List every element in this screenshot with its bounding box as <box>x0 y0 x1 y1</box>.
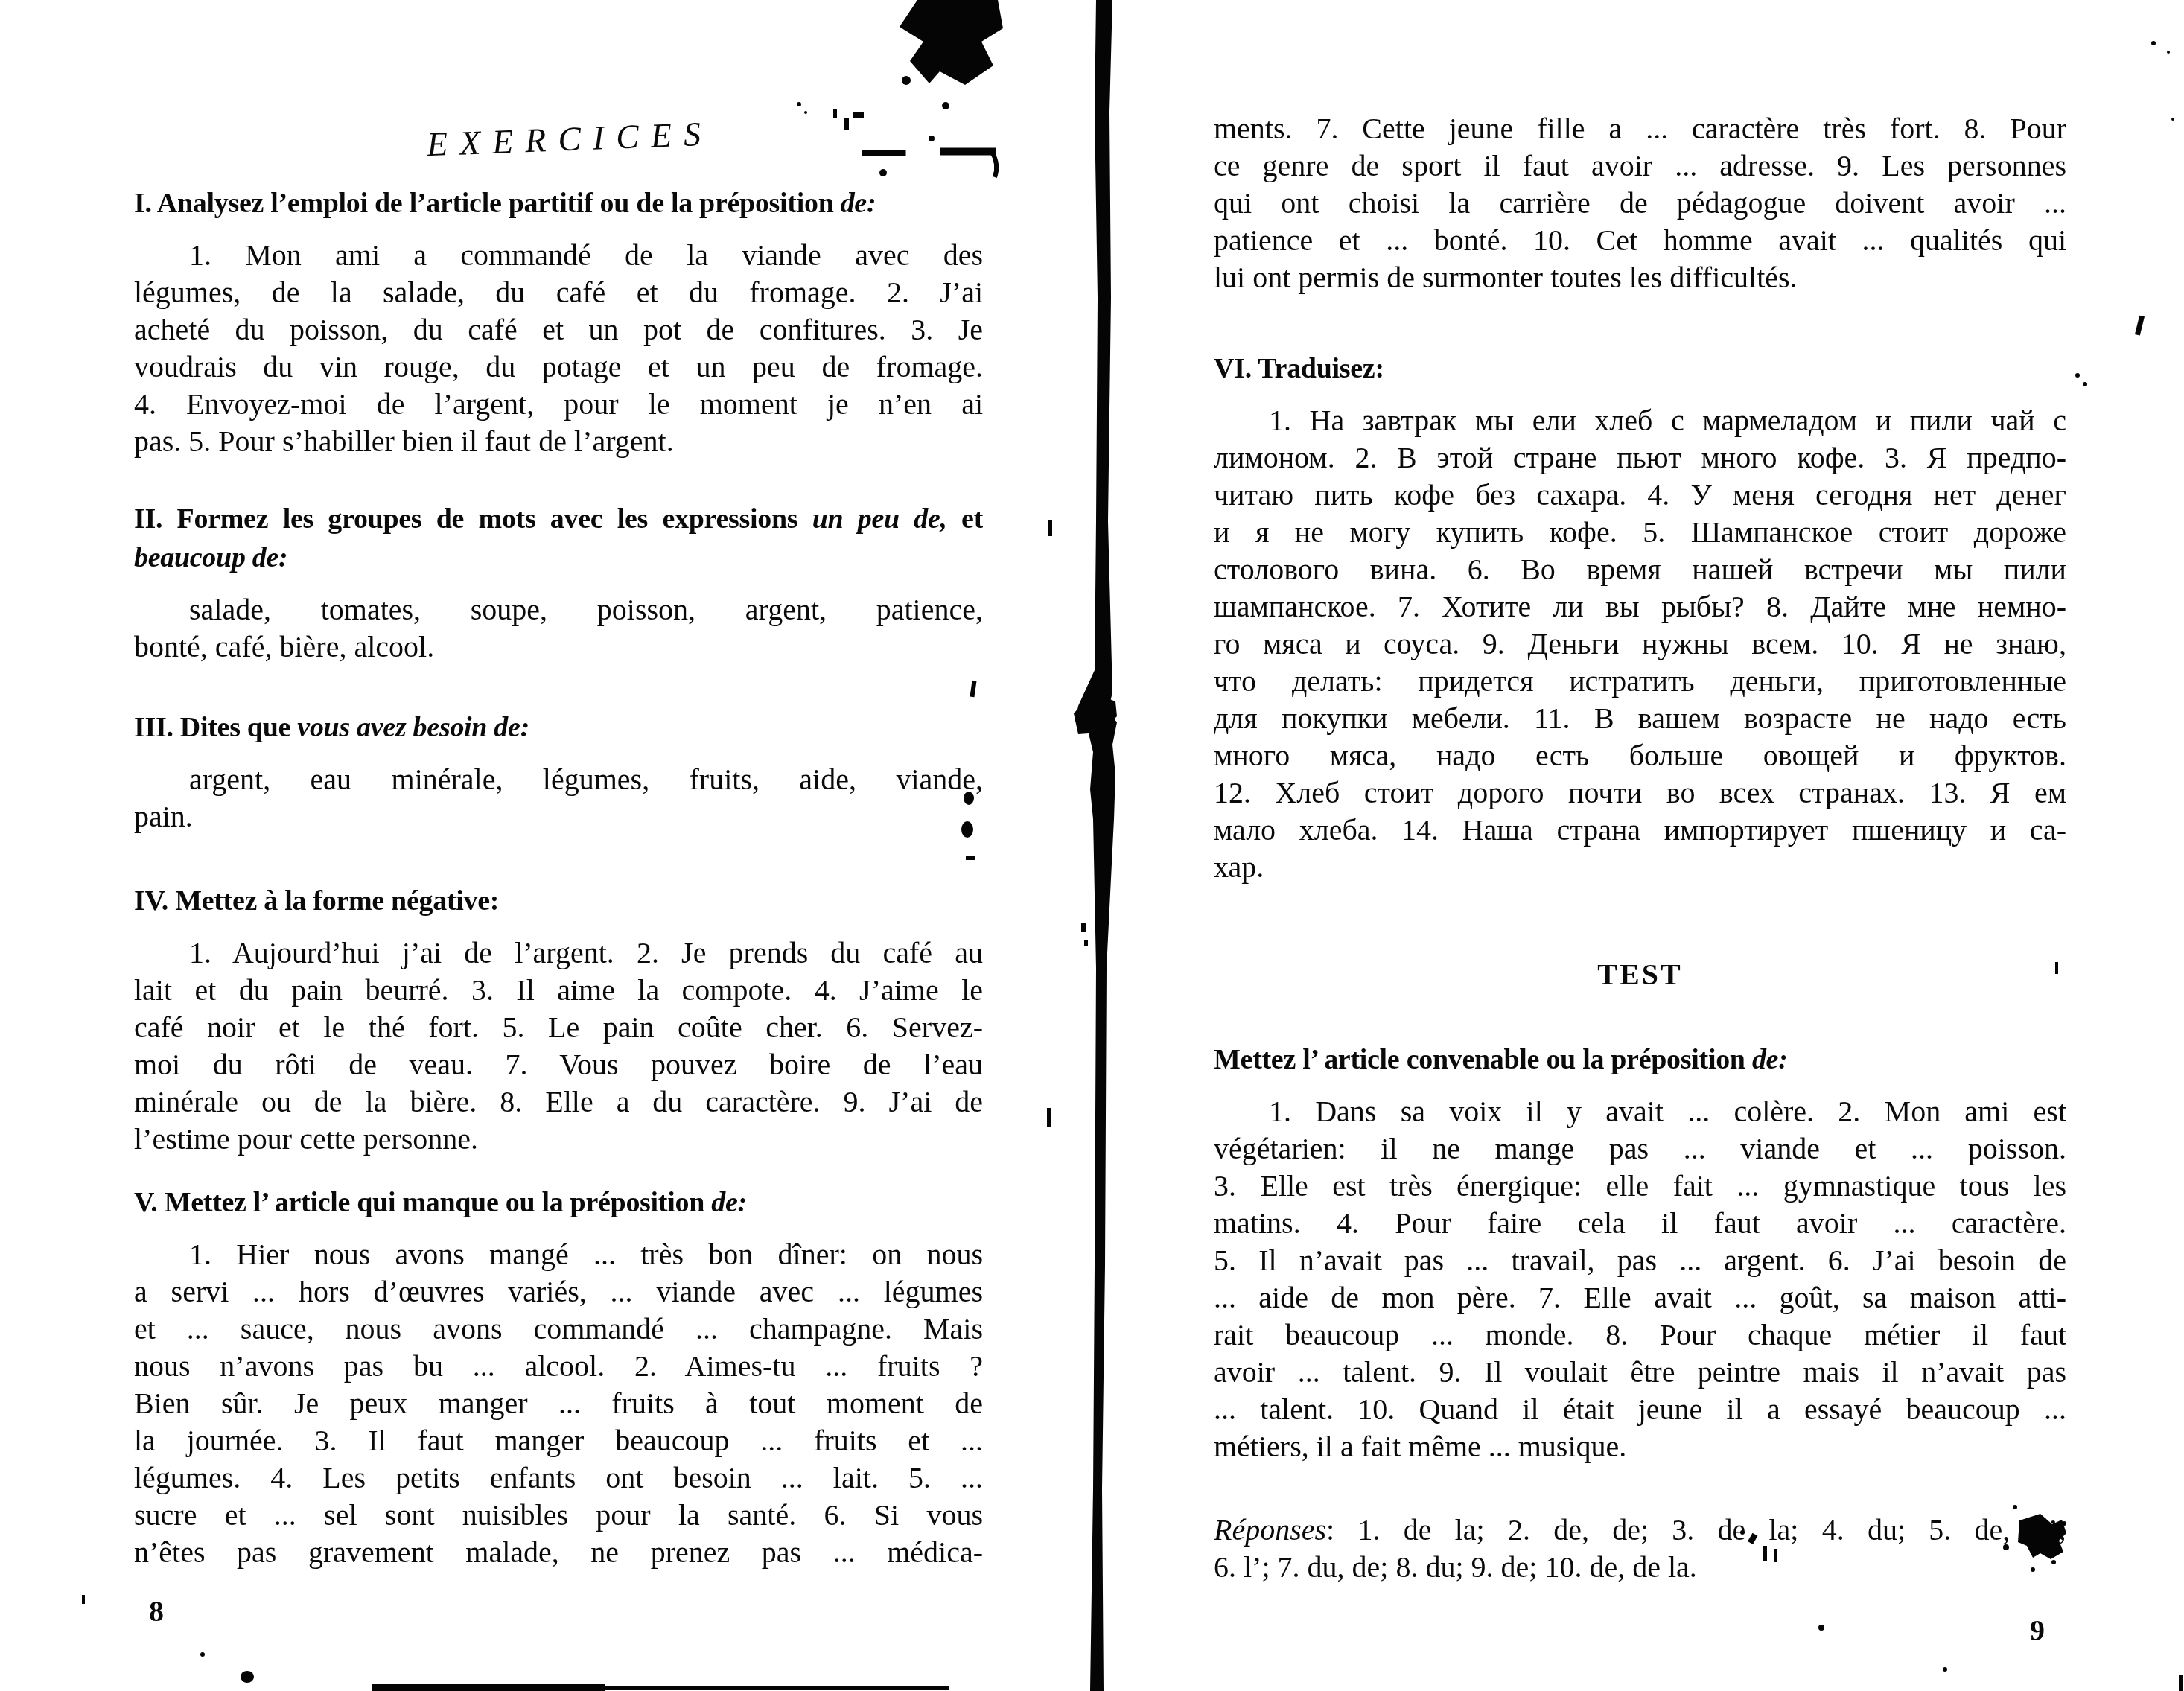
binding-gutter-line <box>1074 0 1117 1691</box>
text-line: pain. <box>134 798 983 837</box>
text-line: Réponses: 1. de la; 2. de, de; 3. de la;… <box>1214 1512 2066 1550</box>
left-page: EXERCICES I. Analysez l’emploi de l’arti… <box>134 0 983 1691</box>
right-page: ments. 7. Cette jeune fille a ... caract… <box>1214 0 2066 1691</box>
page-number-left: 8 <box>149 1593 164 1628</box>
text-line: 1. На завтрак мы ели хлеб с мармеладом и… <box>1214 402 2066 441</box>
section-heading-line: I. Analysez l’emploi de l’article partit… <box>134 185 983 225</box>
text-line: végétarien: il ne mange pas ... viande e… <box>1214 1130 2066 1169</box>
section-heading-line: V. Mettez l’ article qui manque ou la pr… <box>134 1184 983 1224</box>
section-heading-line: beaucoup de: <box>134 539 983 579</box>
text-line: a servi ... hors d’œuvres variés, ... vi… <box>134 1273 983 1312</box>
text-line: столового вина. 6. Во время нашей встреч… <box>1214 551 2066 590</box>
text-line: шампанское. 7. Хотите ли вы рыбы? 8. Дай… <box>1214 588 2066 627</box>
text-line: много мяса, надо есть больше овощей и фр… <box>1214 737 2066 776</box>
text-line: sucre et ... sel sont nuisibles pour la … <box>134 1497 983 1535</box>
text-line: patience et ... bonté. 10. Cet homme ava… <box>1214 222 2066 261</box>
text-line: лимоном. 2. В этой стране пьют много коф… <box>1214 439 2066 478</box>
text-line: и я не могу купить кофе. 5. Шампанское с… <box>1214 514 2066 552</box>
text-line: rait beaucoup ... monde. 8. Pour chaque … <box>1214 1316 2066 1355</box>
text-line: 6. l’; 7. du, de; 8. du; 9. de; 10. de, … <box>1214 1549 2066 1587</box>
text-line: 1. Aujourd’hui j’ai de l’argent. 2. Je p… <box>134 934 983 973</box>
text-line: читаю пить кофе без сахара. 4. У меня се… <box>1214 477 2066 515</box>
page-title: EXERCICES <box>383 112 757 165</box>
text-line: 1. Mon ami a commandé de la viande avec … <box>134 237 983 276</box>
text-line: légumes, de la salade, du café et du fro… <box>134 274 983 313</box>
text-line: ments. 7. Cette jeune fille a ... caract… <box>1214 110 2066 149</box>
section-heading-line: III. Dites que vous avez besoin de: <box>134 709 983 749</box>
section-heading-line: Mettez l’ article convenable ou la prépo… <box>1214 1041 2066 1081</box>
text-line: la journée. 3. Il faut manger beaucoup .… <box>134 1422 983 1461</box>
text-line: 1. Hier nous avons mangé ... très bon dî… <box>134 1236 983 1275</box>
gutter-arrowhead-blotch <box>1074 692 1117 734</box>
page-number-right: 9 <box>2030 1613 2045 1648</box>
text-line: café noir et le thé fort. 5. Le pain coû… <box>134 1009 983 1048</box>
text-line: 12. Хлеб стоит дорого почти во всех стра… <box>1214 774 2066 813</box>
text-line: qui ont choisi la carrière de pédagogue … <box>1214 185 2066 223</box>
text-line: ... aide de mon père. 7. Elle avait ... … <box>1214 1279 2066 1318</box>
text-line: argent, eau minérale, légumes, fruits, a… <box>134 761 983 800</box>
text-line: minérale ou de la bière. 8. Elle a du ca… <box>134 1083 983 1122</box>
text-line: для покупки мебели. 11. В вашем возрасте… <box>1214 700 2066 739</box>
text-line: ... talent. 10. Quand il était jeune il … <box>1214 1391 2066 1430</box>
text-line: bonté, café, bière, alcool. <box>134 628 983 667</box>
text-line: что делать: придется истратить деньги, п… <box>1214 663 2066 701</box>
text-line: 3. Elle est très énergique: elle fait ..… <box>1214 1168 2066 1206</box>
text-line: Bien sûr. Je peux manger ... fruits à to… <box>134 1385 983 1424</box>
text-line: l’estime pour cette personne. <box>134 1121 983 1159</box>
text-line: voudrais du vin rouge, du potage et un p… <box>134 348 983 387</box>
text-line: lui ont permis de surmonter toutes les d… <box>1214 259 2066 298</box>
text-line: 5. Il n’avait pas ... travail, pas ... a… <box>1214 1242 2066 1281</box>
text-line: n’êtes pas gravement malade, ne prenez p… <box>134 1534 983 1573</box>
section-heading-line: IV. Mettez à la forme négative: <box>134 882 983 923</box>
text-line: ce genre de sport il faut avoir ... adre… <box>1214 147 2066 186</box>
text-line: avoir ... talent. 9. Il voulait être pei… <box>1214 1354 2066 1392</box>
scanned-book-spread: { "colors": { "ink": "#0a0a0a", "paper":… <box>0 0 2184 1691</box>
text-line: acheté du poisson, du café et un pot de … <box>134 311 983 350</box>
text-line: matins. 4. Pour faire cela il faut avoir… <box>1214 1205 2066 1243</box>
text-line: мало хлеба. 14. Наша страна импортирует … <box>1214 812 2066 850</box>
text-line: lait et du pain beurré. 3. Il aime la co… <box>134 972 983 1010</box>
text-line: pas. 5. Pour s’habiller bien il faut de … <box>134 423 983 462</box>
test-section-title: TEST <box>1214 957 2066 992</box>
section-heading-line: VI. Traduisez: <box>1214 350 2066 390</box>
text-line: 1. Dans sa voix il y avait ... colère. 2… <box>1214 1093 2066 1132</box>
text-line: légumes. 4. Les petits enfants ont besoi… <box>134 1459 983 1498</box>
text-line: métiers, il a fait même ... musique. <box>1214 1428 2066 1467</box>
text-line: salade, tomates, soupe, poisson, argent,… <box>134 591 983 630</box>
section-heading-line: II. Formez les groupes de mots avec les … <box>134 500 983 541</box>
text-line: et ... sauce, nous avons commandé ... ch… <box>134 1311 983 1349</box>
text-line: 4. Envoyez-moi de l’argent, pour le mome… <box>134 386 983 424</box>
text-line: nous n’avons pas bu ... alcool. 2. Aimes… <box>134 1348 983 1386</box>
text-line: го мяса и соуса. 9. Деньги нужны всем. 1… <box>1214 625 2066 664</box>
text-line: хар. <box>1214 849 2066 888</box>
text-line: moi du rôti de veau. 7. Vous pouvez boir… <box>134 1046 983 1085</box>
